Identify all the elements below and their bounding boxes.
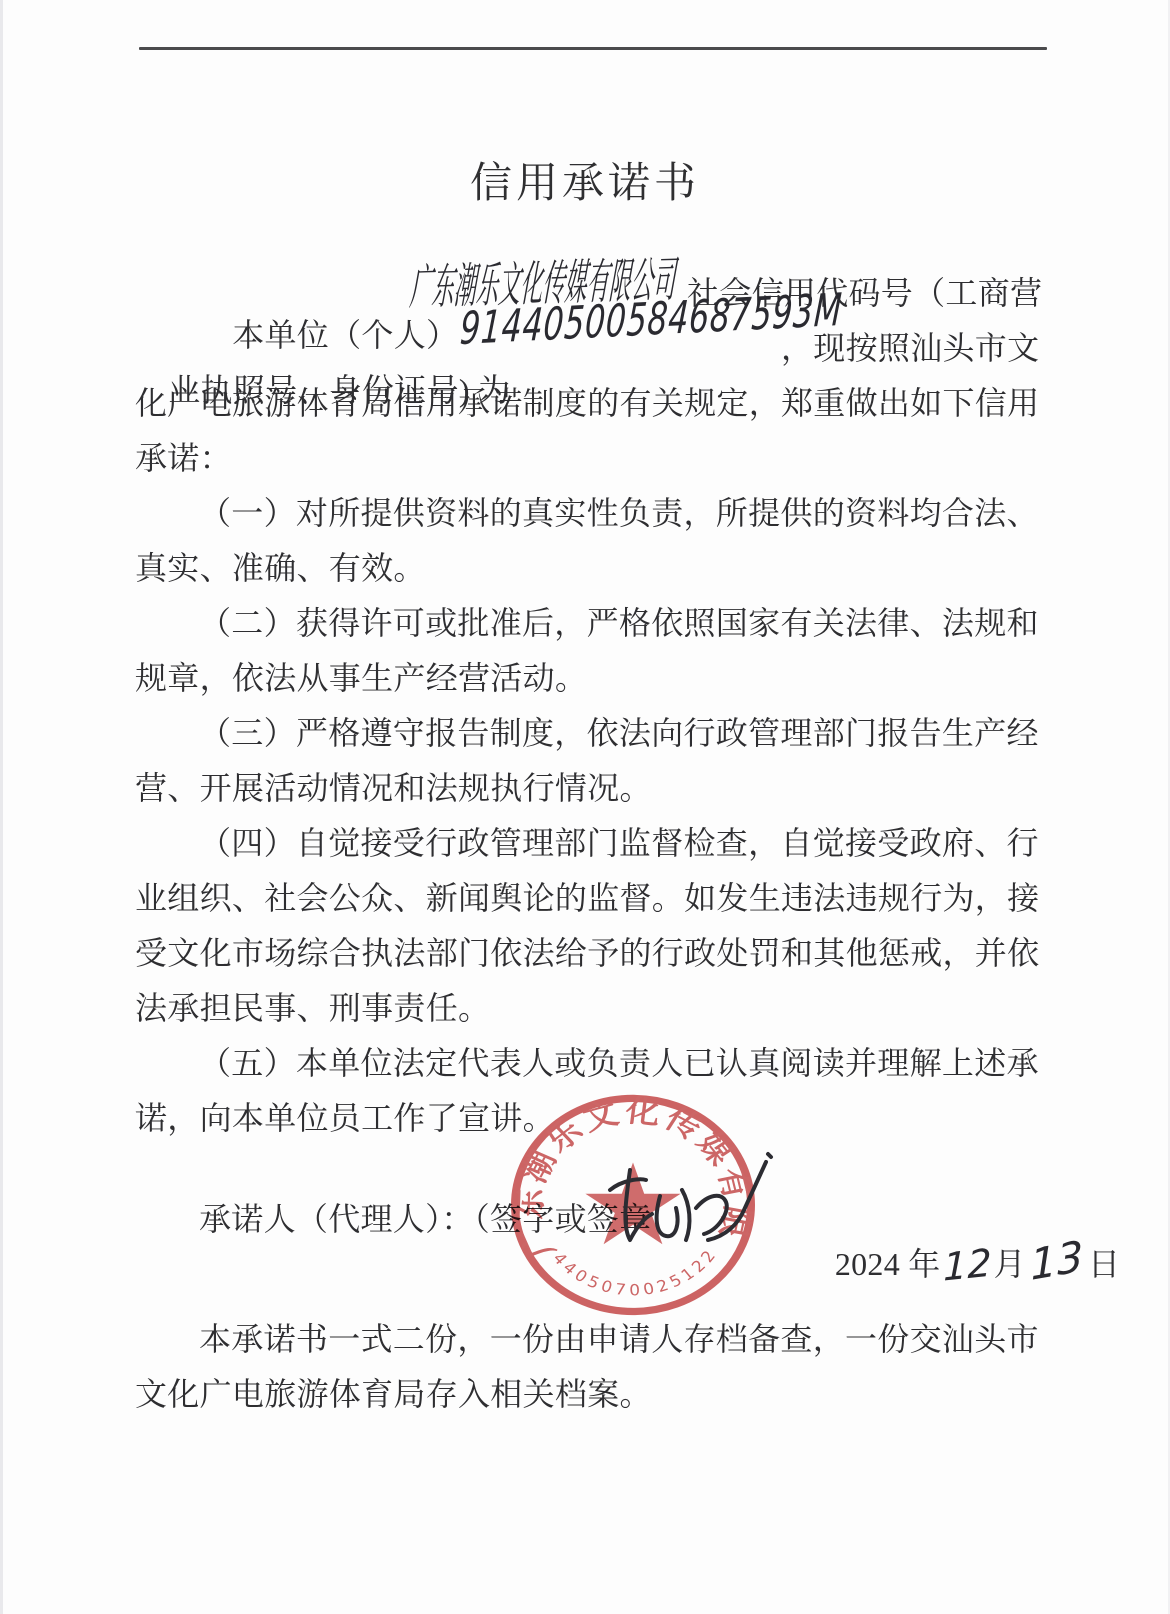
page-top-edge-line (139, 47, 1047, 50)
body-line-5: （一）对所提供资料的真实性负责，所提供的资料均合法、 (135, 492, 1111, 534)
body-line-6: 真实、准确、有效。 (135, 547, 1047, 589)
closing-line-2: 文化广电旅游体育局存入相关档案。 (135, 1373, 1047, 1415)
date-group: 2024 年12月13日 (785, 1198, 1120, 1327)
body-line-3: 化广电旅游体育局信用承诺制度的有关规定，郑重做出如下信用 (135, 382, 1047, 424)
document-title: 信用承诺书 (0, 150, 1170, 210)
body-line-11: （四）自觉接受行政管理部门监督检查，自觉接受政府、行 (135, 822, 1111, 864)
date-day-suffix: 日 (1088, 1246, 1120, 1282)
closing-line-1: 本承诺书一式二份，一份由申请人存档备查，一份交汕头市 (135, 1318, 1111, 1360)
body-line-13: 受文化市场综合执法部门依法给予的行政处罚和其他惩戒，并依 (135, 932, 1047, 974)
body-line-8: 规章，依法从事生产经营活动。 (135, 657, 1047, 699)
body-line-12: 业组织、社会公众、新闻舆论的监督。如发生违法违规行为，接 (135, 877, 1047, 919)
scanned-document-page: 信用承诺书 本单位（个人） 社会信用代码号（工商营 业执照号、身份证号) 为 ，… (0, 0, 1170, 1614)
date-month-suffix: 月 (994, 1246, 1026, 1282)
handwritten-day: 13 (1030, 1235, 1085, 1287)
body-line-4: 承诺： (135, 437, 1047, 479)
handwritten-month: 12 (943, 1241, 992, 1288)
handwritten-signature-icon (596, 1146, 776, 1261)
body-line-9: （三）严格遵守报告制度，依法向行政管理部门报告生产经 (135, 712, 1111, 754)
body-line-14: 法承担民事、刑事责任。 (135, 987, 1047, 1029)
body-line-10: 营、开展活动情况和法规执行情况。 (135, 767, 1047, 809)
scan-left-edge (0, 0, 3, 1614)
date-year: 2024 年 (835, 1246, 941, 1282)
body-line-7: （二）获得许可或批准后，严格依照国家有关法律、法规和 (135, 602, 1111, 644)
body-line-15: （五）本单位法定代表人或负责人已认真阅读并理解上述承 (135, 1042, 1111, 1084)
